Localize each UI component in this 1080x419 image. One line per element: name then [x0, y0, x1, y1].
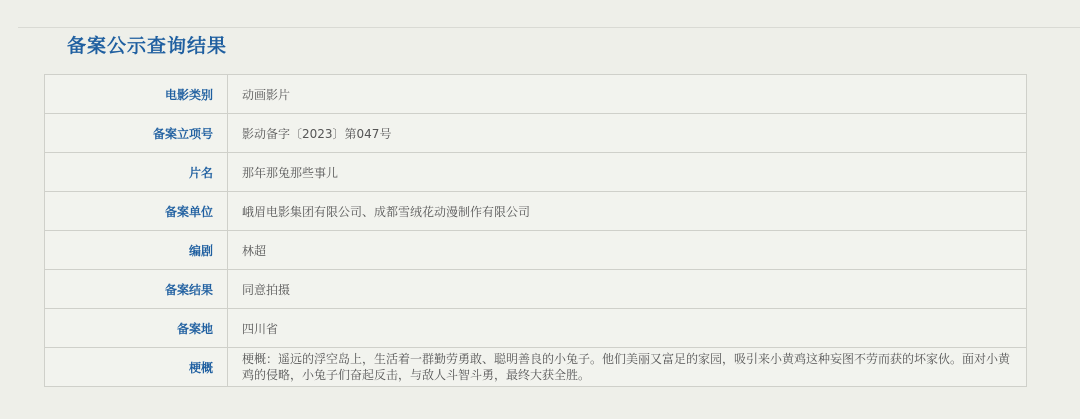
table-row-category: 电影类别 动画影片 [45, 75, 1027, 114]
filing-result-table: 电影类别 动画影片 备案立项号 影动备字〔2023〕第047号 片名 那年那兔那… [44, 74, 1027, 387]
table-row-title: 片名 那年那兔那些事儿 [45, 153, 1027, 192]
row-label: 备案结果 [45, 270, 228, 309]
row-label: 电影类别 [45, 75, 228, 114]
row-label: 备案地 [45, 309, 228, 348]
row-label: 编剧 [45, 231, 228, 270]
row-label: 备案立项号 [45, 114, 228, 153]
table-row-screenwriter: 编剧 林超 [45, 231, 1027, 270]
table-row-result: 备案结果 同意拍摄 [45, 270, 1027, 309]
row-value: 四川省 [228, 309, 1027, 348]
row-label: 梗概 [45, 348, 228, 387]
synopsis-text: 梗概：遥远的浮空岛上，生活着一群勤劳勇敢、聪明善良的小兔子。他们美丽又富足的家园… [242, 349, 1016, 385]
table-row-synopsis: 梗概 梗概：遥远的浮空岛上，生活着一群勤劳勇敢、聪明善良的小兔子。他们美丽又富足… [45, 348, 1027, 387]
row-value: 影动备字〔2023〕第047号 [228, 114, 1027, 153]
row-value: 梗概：遥远的浮空岛上，生活着一群勤劳勇敢、聪明善良的小兔子。他们美丽又富足的家园… [228, 348, 1027, 387]
row-value: 林超 [228, 231, 1027, 270]
row-value: 那年那兔那些事儿 [228, 153, 1027, 192]
table-row-filing-unit: 备案单位 峨眉电影集团有限公司、成都雪绒花动漫制作有限公司 [45, 192, 1027, 231]
page-title: 备案公示查询结果 [67, 31, 227, 58]
row-value: 峨眉电影集团有限公司、成都雪绒花动漫制作有限公司 [228, 192, 1027, 231]
table-row-filing-number: 备案立项号 影动备字〔2023〕第047号 [45, 114, 1027, 153]
row-value: 同意拍摄 [228, 270, 1027, 309]
header-divider [18, 27, 1080, 28]
row-value: 动画影片 [228, 75, 1027, 114]
row-label: 备案单位 [45, 192, 228, 231]
table-row-location: 备案地 四川省 [45, 309, 1027, 348]
row-label: 片名 [45, 153, 228, 192]
